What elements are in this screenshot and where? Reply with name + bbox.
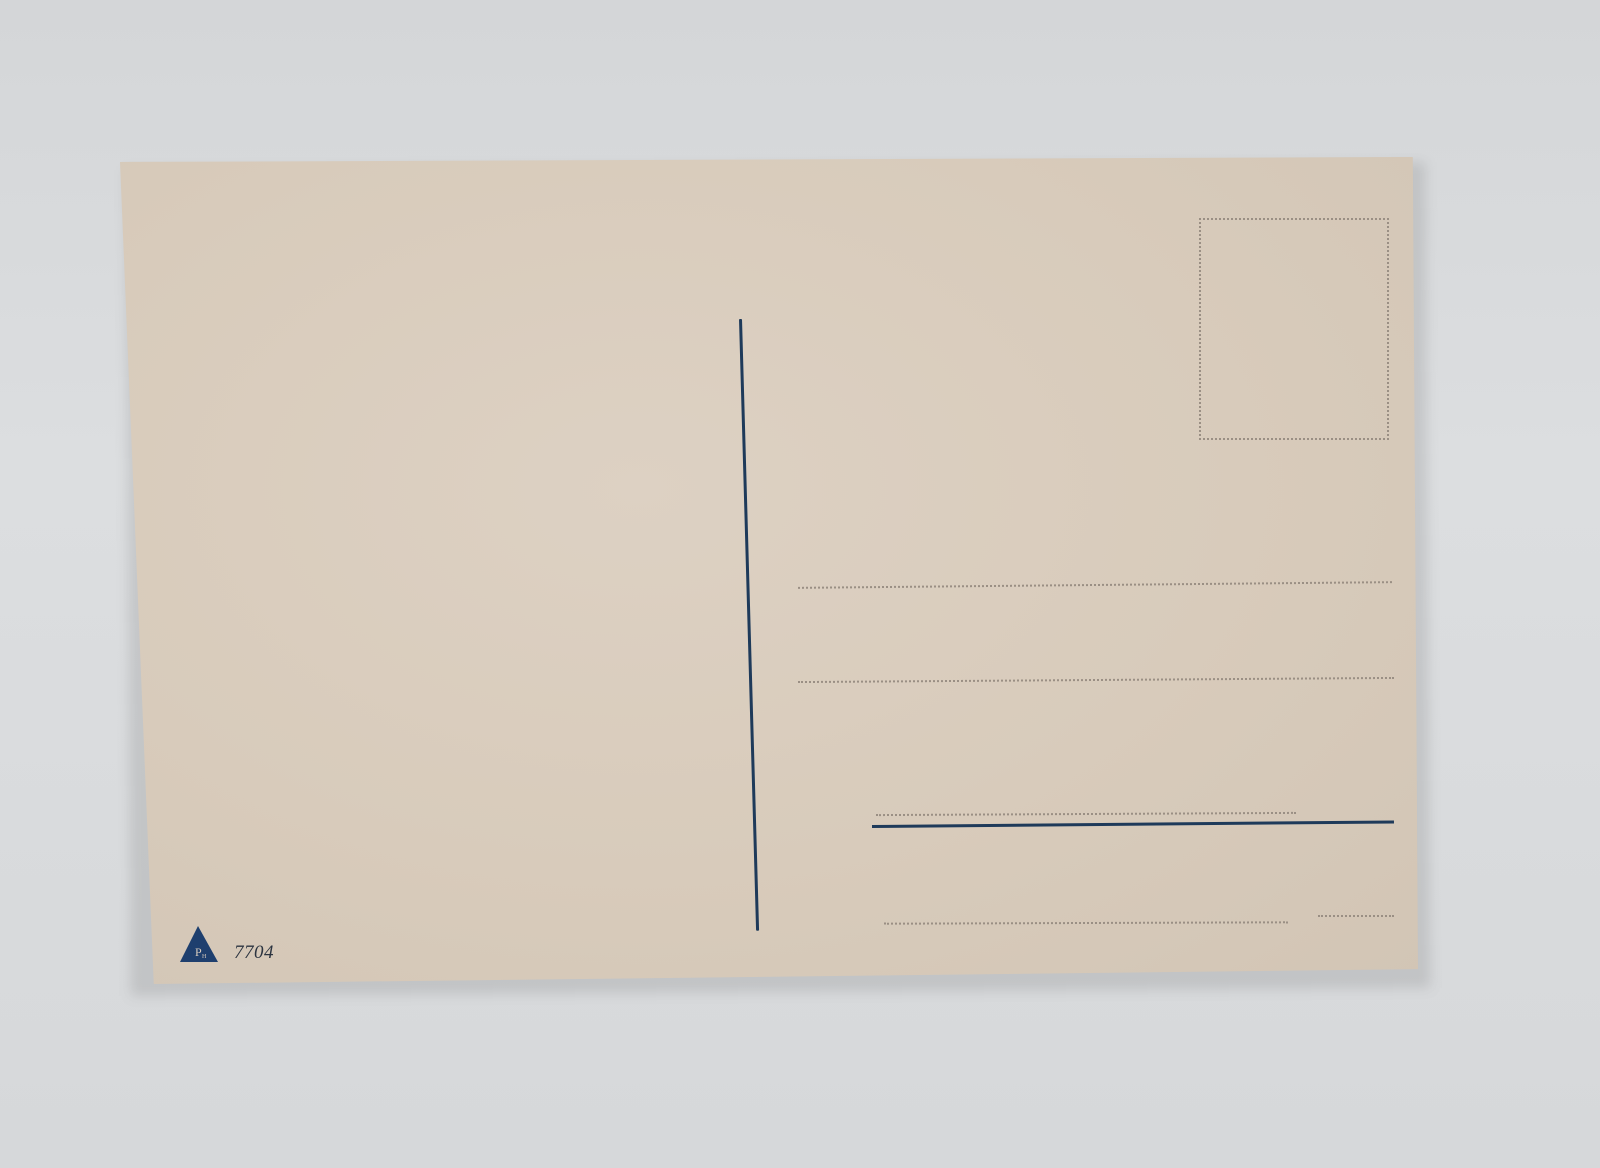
publisher-triangle-logo-icon: P H: [178, 924, 222, 964]
address-line-4-end: [1318, 915, 1394, 917]
stamp-placement-box: [1199, 218, 1389, 440]
serial-number: 7704: [234, 942, 274, 964]
svg-text:H: H: [202, 954, 207, 960]
svg-text:P: P: [195, 945, 202, 959]
